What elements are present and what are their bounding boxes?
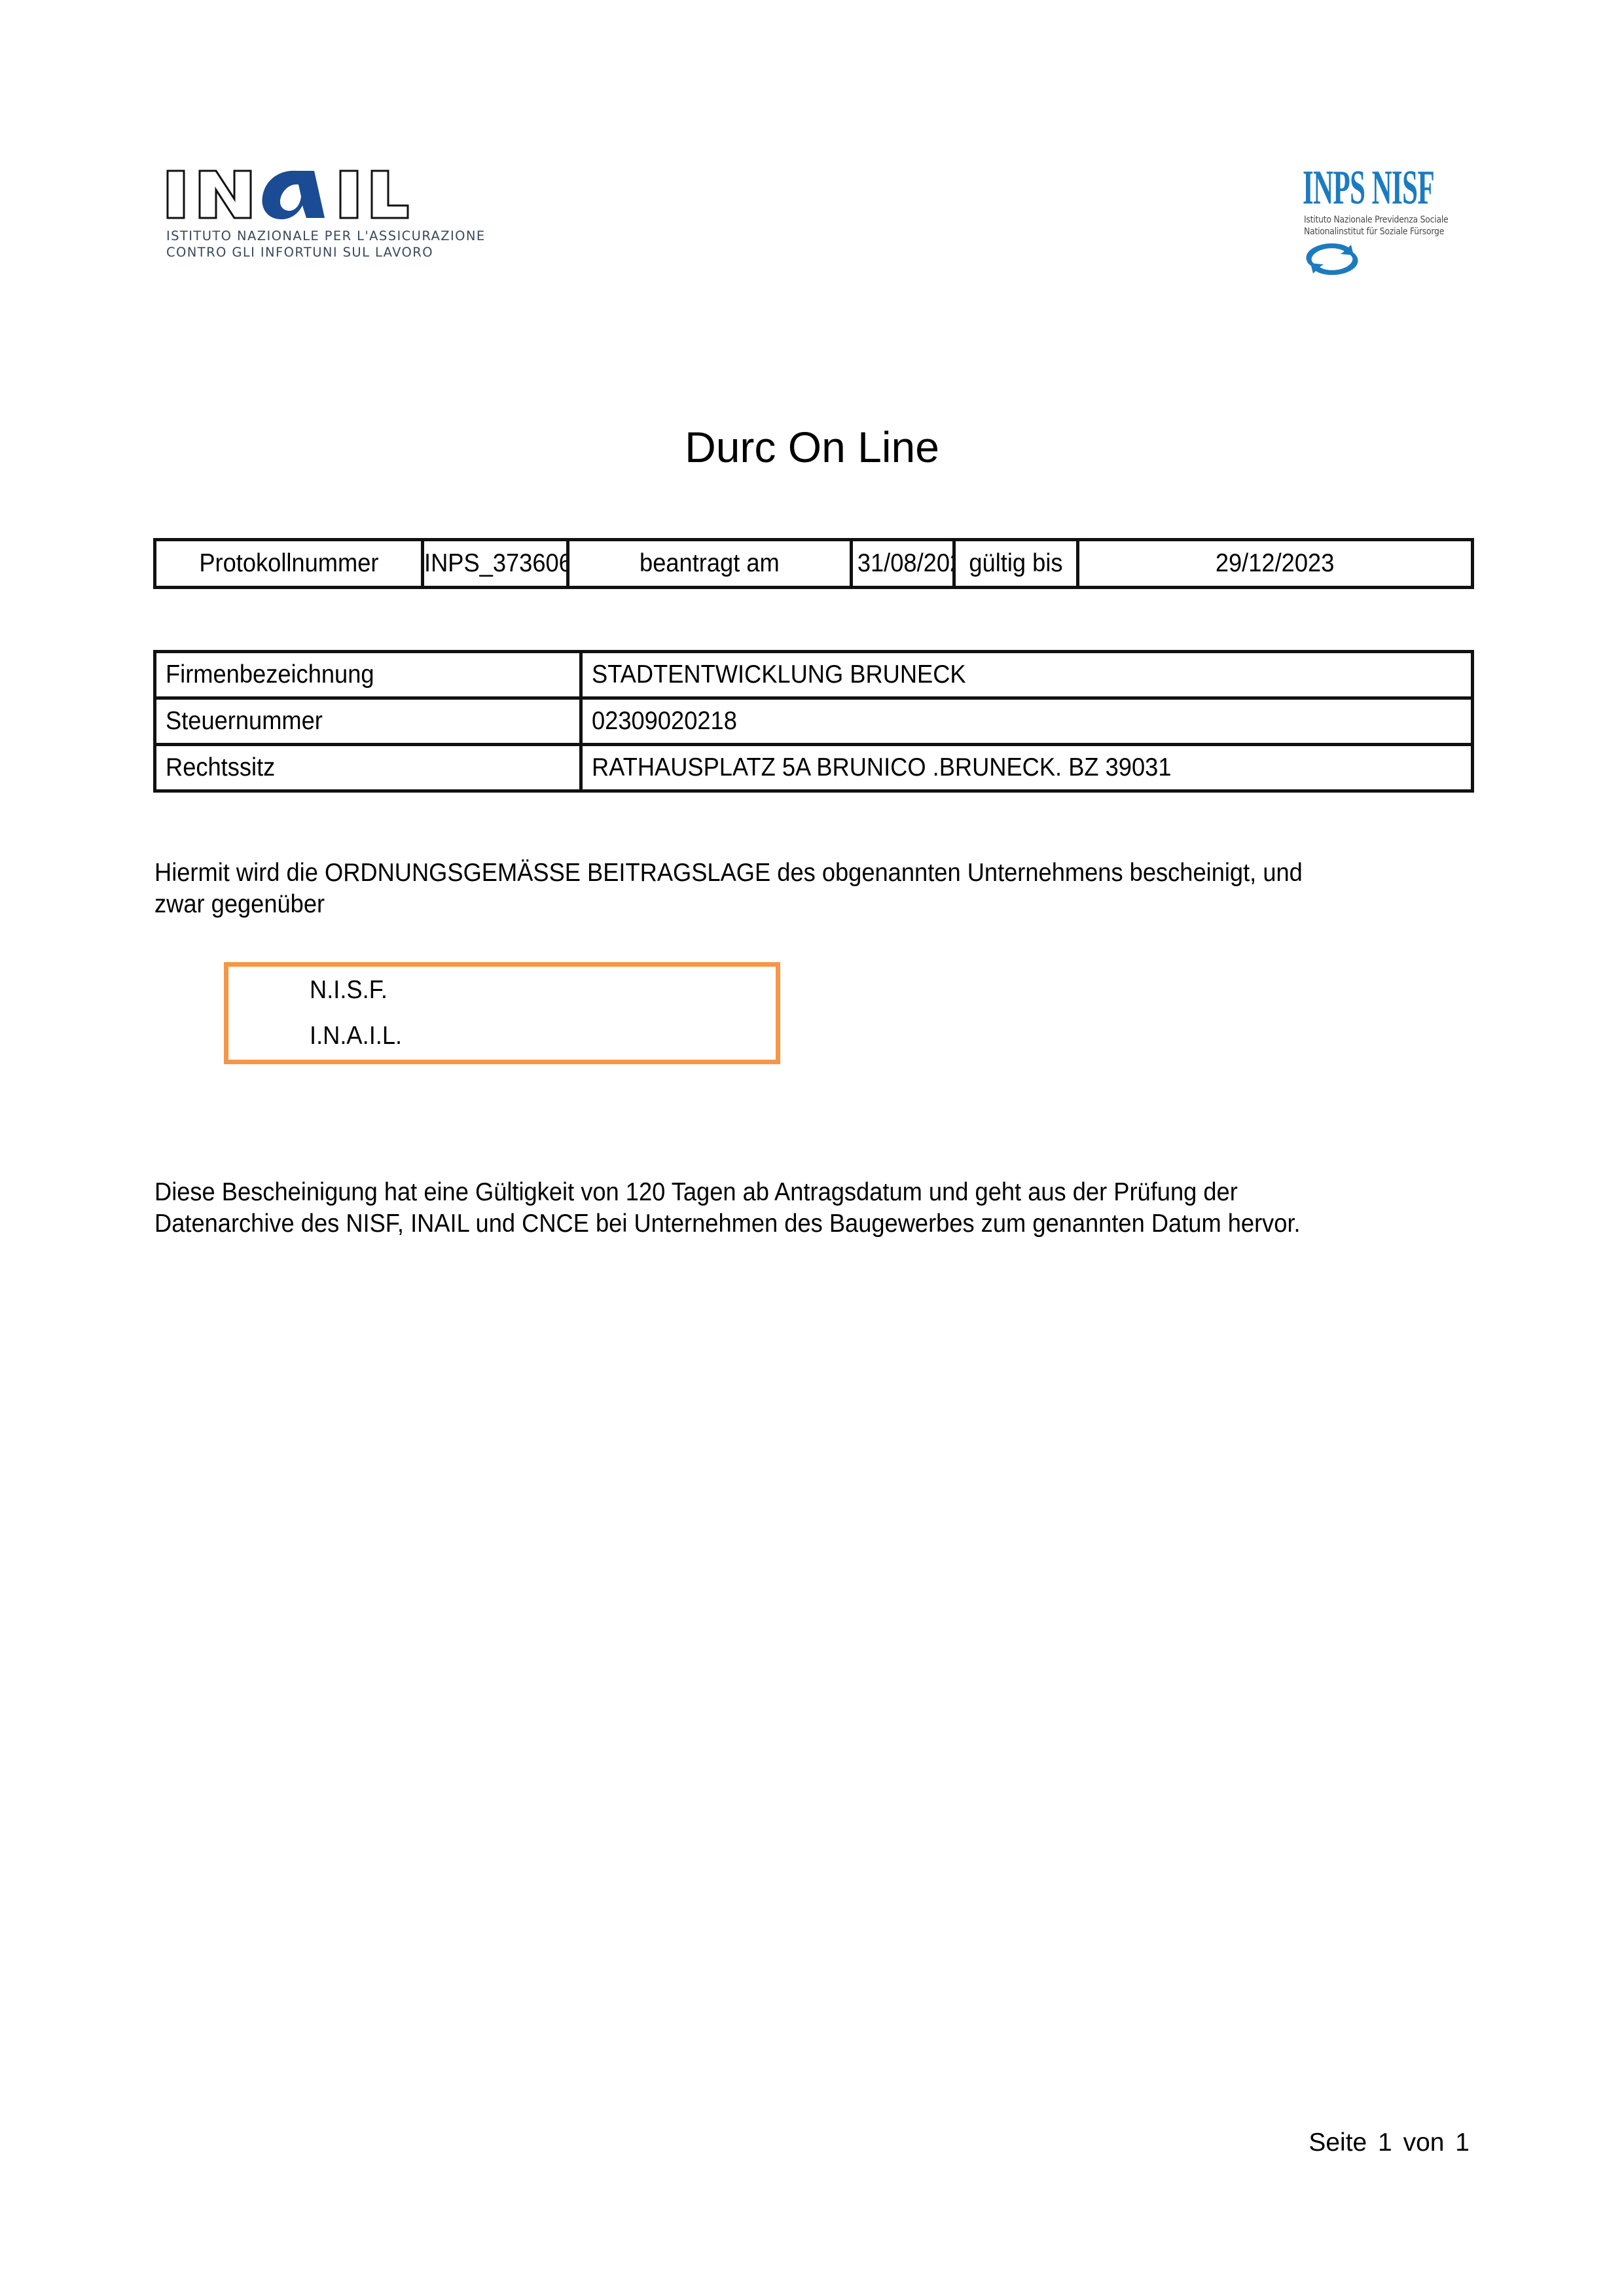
authorities-box: N.I.S.F. I.N.A.I.L. — [224, 962, 780, 1064]
validity-note: Diese Bescheinigung hat eine Gültigkeit … — [154, 1177, 1477, 1240]
table-row: Firmenbezeichnung STADTENTWICKLUNG BRUNE… — [155, 652, 1473, 698]
compliance-statement-line1: Hiermit wird die ORDNUNGSGEMÄSSE BEITRAG… — [154, 857, 1303, 889]
authority-item: I.N.A.I.L. — [310, 1020, 409, 1052]
inail-logo: ISTITUTO NAZIONALE PER L'ASSICURAZIONE C… — [162, 165, 470, 263]
document-title: Durc On Line — [0, 422, 1624, 473]
circular-arrows-icon — [1303, 240, 1362, 279]
protocol-number-value-cell: INPS_37360602 — [423, 540, 568, 588]
inail-wordmark-icon — [162, 165, 411, 224]
protocol-table: Protokollnummer INPS_37360602 beantragt … — [153, 538, 1474, 589]
validity-note-line1: Diese Bescheinigung hat eine Gültigkeit … — [154, 1177, 1238, 1208]
valid-until-date-cell: 29/12/2023 — [1078, 540, 1473, 588]
valid-until-label-cell: gültig bis — [954, 540, 1078, 588]
inps-nisf-logo: INPS NISF Istituto Nazionale Previdenza … — [1303, 164, 1479, 281]
inps-subtitle-line2: Nationalinstitut für Soziale Fürsorge — [1304, 226, 1444, 237]
company-name-value: STADTENTWICKLUNG BRUNECK — [581, 652, 1473, 698]
tax-number-label: Steuernummer — [155, 698, 581, 745]
requested-label-cell: beantragt am — [568, 540, 852, 588]
inail-subtitle-line2: CONTRO GLI INFORTUNI SUL LAVORO — [166, 245, 433, 260]
table-row: Steuernummer 02309020218 — [155, 698, 1473, 745]
validity-note-line2: Datenarchive des NISF, INAIL und CNCE be… — [154, 1208, 1301, 1240]
compliance-statement-line2: zwar gegenüber — [154, 889, 325, 920]
tax-number-value: 02309020218 — [581, 698, 1473, 745]
protocol-number-label-cell: Protokollnummer — [155, 540, 423, 588]
inps-wordmark: INPS NISF — [1303, 164, 1434, 212]
table-row: Rechtssitz RATHAUSPLATZ 5A BRUNICO .BRUN… — [155, 745, 1473, 791]
inps-subtitle-line1: Istituto Nazionale Previdenza Sociale — [1304, 215, 1448, 225]
requested-date-cell: 31/08/2023 — [852, 540, 954, 588]
registered-office-value: RATHAUSPLATZ 5A BRUNICO .BRUNECK. BZ 390… — [581, 745, 1473, 791]
registered-office-label: Rechtssitz — [155, 745, 581, 791]
authority-item: N.I.S.F. — [310, 975, 393, 1006]
company-name-label: Firmenbezeichnung — [155, 652, 581, 698]
inail-subtitle-line1: ISTITUTO NAZIONALE PER L'ASSICURAZIONE — [166, 228, 486, 243]
company-info-table: Firmenbezeichnung STADTENTWICKLUNG BRUNE… — [153, 650, 1474, 793]
protocol-row: Protokollnummer INPS_37360602 beantragt … — [155, 540, 1473, 588]
compliance-statement: Hiermit wird die ORDNUNGSGEMÄSSE BEITRAG… — [154, 857, 1477, 920]
page-number: Seite 1 von 1 — [1308, 2127, 1470, 2159]
